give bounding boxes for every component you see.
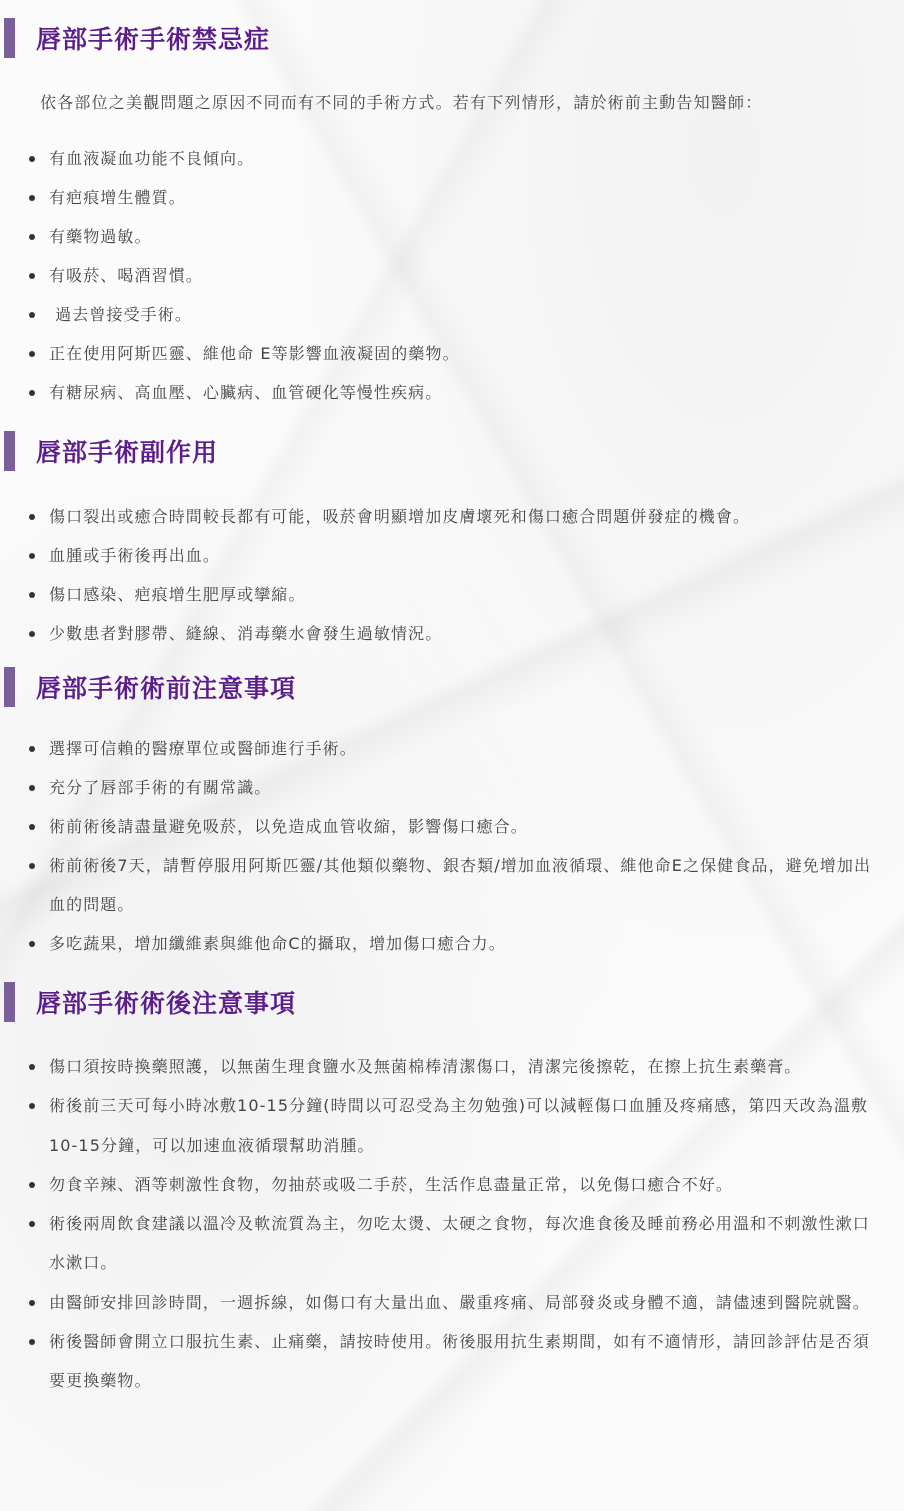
list-item: 由醫師安排回診時間，一週拆線，如傷口有大量出血、嚴重疼痛、局部發炎或身體不適，請… <box>0 1283 880 1322</box>
bullet-icon <box>29 824 35 830</box>
list-item: 少數患者對膠帶、縫線、消毒藥水會發生過敏情況。 <box>0 614 880 653</box>
section-title: 唇部手術術前注意事項 <box>36 669 296 705</box>
list-item: 有疤痕增生體質。 <box>0 178 880 217</box>
bullet-icon <box>29 514 35 520</box>
section-title: 唇部手術副作用 <box>36 433 218 469</box>
bullet-icon <box>29 1339 35 1345</box>
bullet-icon <box>29 863 35 869</box>
bullet-icon <box>29 234 35 240</box>
list-item: 術後醫師會開立口服抗生素、止痛藥，請按時使用。術後服用抗生素期間，如有不適情形，… <box>0 1322 880 1401</box>
list-item: 過去曾接受手術。 <box>0 295 880 334</box>
list-item: 有血液凝血功能不良傾向。 <box>0 139 880 178</box>
heading-accent-bar <box>4 431 15 471</box>
list-item: 傷口感染、疤痕增生肥厚或攣縮。 <box>0 575 880 614</box>
bullet-icon <box>29 351 35 357</box>
section-heading-contraindications: 唇部手術手術禁忌症 <box>0 18 270 58</box>
bullet-icon <box>29 1221 35 1227</box>
list-item: 術前術後請盡量避免吸菸，以免造成血管收縮，影響傷口癒合。 <box>0 807 880 846</box>
heading-accent-bar <box>4 667 15 707</box>
list-item: 選擇可信賴的醫療單位或醫師進行手術。 <box>0 729 880 768</box>
bullet-icon <box>29 195 35 201</box>
bullet-icon <box>29 312 35 318</box>
side-effects-list: 傷口裂出或癒合時間較長都有可能，吸菸會明顯增加皮膚壞死和傷口癒合問題併發症的機會… <box>0 497 880 653</box>
list-item: 傷口須按時換藥照護，以無菌生理食鹽水及無菌棉棒清潔傷口，清潔完後擦乾，在擦上抗生… <box>0 1047 880 1086</box>
list-item: 傷口裂出或癒合時間較長都有可能，吸菸會明顯增加皮膚壞死和傷口癒合問題併發症的機會… <box>0 497 880 536</box>
list-item: 有糖尿病、高血壓、心臟病、血管硬化等慢性疾病。 <box>0 373 880 412</box>
list-item: 勿食辛辣、酒等刺激性食物，勿抽菸或吸二手菸，生活作息盡量正常，以免傷口癒合不好。 <box>0 1165 880 1204</box>
bullet-icon <box>29 1103 35 1109</box>
bullet-icon <box>29 631 35 637</box>
list-item: 有吸菸、喝酒習慣。 <box>0 256 880 295</box>
heading-accent-bar <box>4 18 15 58</box>
list-item: 術前術後7天，請暫停服用阿斯匹靈/其他類似藥物、銀杏類/增加血液循環、維他命E之… <box>0 846 880 924</box>
list-item: 正在使用阿斯匹靈、維他命 E等影響血液凝固的藥物。 <box>0 334 880 373</box>
bullet-icon <box>29 592 35 598</box>
bullet-icon <box>29 941 35 947</box>
postop-list: 傷口須按時換藥照護，以無菌生理食鹽水及無菌棉棒清潔傷口，清潔完後擦乾，在擦上抗生… <box>0 1047 880 1401</box>
list-item: 多吃蔬果，增加纖維素與維他命C的攝取，增加傷口癒合力。 <box>0 924 880 963</box>
article: 唇部手術手術禁忌症 依各部位之美觀問題之原因不同而有不同的手術方式。若有下列情形… <box>0 0 904 1511</box>
bullet-icon <box>29 785 35 791</box>
list-item: 血腫或手術後再出血。 <box>0 536 880 575</box>
preop-list: 選擇可信賴的醫療單位或醫師進行手術。 充分了唇部手術的有關常識。 術前術後請盡量… <box>0 729 880 963</box>
bullet-icon <box>29 273 35 279</box>
section-intro: 依各部位之美觀問題之原因不同而有不同的手術方式。若有下列情形，請於術前主動告知醫… <box>40 90 762 113</box>
section-heading-postop: 唇部手術術後注意事項 <box>0 982 296 1022</box>
bullet-icon <box>29 1182 35 1188</box>
section-title: 唇部手術術後注意事項 <box>36 984 296 1020</box>
section-heading-side-effects: 唇部手術副作用 <box>0 431 218 471</box>
list-item: 充分了唇部手術的有關常識。 <box>0 768 880 807</box>
bullet-icon <box>29 1064 35 1070</box>
list-item: 術後前三天可每小時冰敷10-15分鐘(時間以可忍受為主勿勉強)可以減輕傷口血腫及… <box>0 1086 880 1165</box>
bullet-icon <box>29 746 35 752</box>
section-heading-preop: 唇部手術術前注意事項 <box>0 667 296 707</box>
section-title: 唇部手術手術禁忌症 <box>36 20 270 56</box>
list-item: 有藥物過敏。 <box>0 217 880 256</box>
contraindications-list: 有血液凝血功能不良傾向。 有疤痕增生體質。 有藥物過敏。 有吸菸、喝酒習慣。 過… <box>0 139 880 412</box>
list-item: 術後兩周飲食建議以溫冷及軟流質為主，勿吃太燙、太硬之食物，每次進食後及睡前務必用… <box>0 1204 880 1283</box>
bullet-icon <box>29 390 35 396</box>
bullet-icon <box>29 553 35 559</box>
bullet-icon <box>29 156 35 162</box>
bullet-icon <box>29 1300 35 1306</box>
heading-accent-bar <box>4 982 15 1022</box>
